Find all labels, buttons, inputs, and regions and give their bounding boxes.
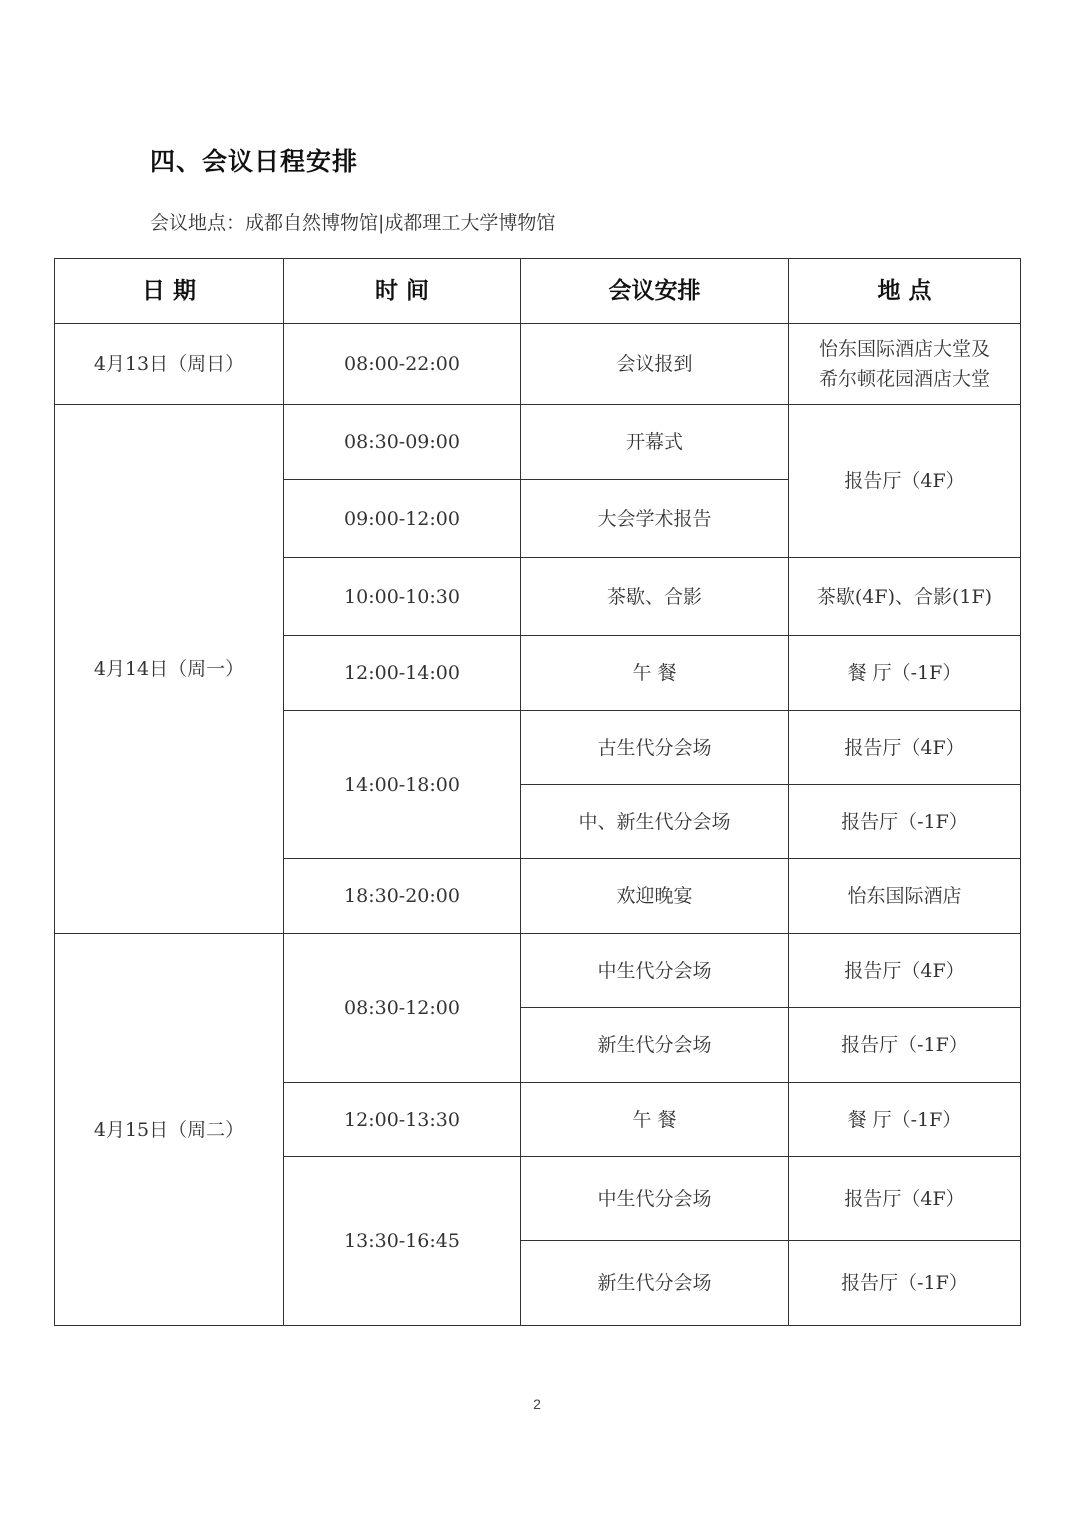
time-cell: 13:30-16:45 xyxy=(283,1156,521,1326)
location-cell: 茶歇(4F)、合影(1F) xyxy=(788,557,1021,636)
event-cell: 新生代分会场 xyxy=(520,1240,789,1326)
event-cell: 大会学术报告 xyxy=(520,479,789,558)
location-cell: 餐 厅（-1F） xyxy=(788,635,1021,711)
time-cell: 10:00-10:30 xyxy=(283,557,521,636)
event-cell: 中、新生代分会场 xyxy=(520,784,789,859)
location-cell: 怡东国际酒店大堂及 希尔顿花园酒店大堂 xyxy=(788,323,1021,405)
location-cell: 报告厅（4F） xyxy=(788,710,1021,785)
location-cell: 报告厅（-1F） xyxy=(788,1007,1021,1083)
page-number: 2 xyxy=(0,1396,1074,1412)
time-cell: 08:30-12:00 xyxy=(283,933,521,1083)
location-cell: 报告厅（-1F） xyxy=(788,1240,1021,1326)
event-cell: 午 餐 xyxy=(520,1082,789,1157)
time-cell: 08:00-22:00 xyxy=(283,323,521,405)
location-cell: 怡东国际酒店 xyxy=(788,858,1021,934)
event-cell: 中生代分会场 xyxy=(520,933,789,1008)
location-cell: 餐 厅（-1F） xyxy=(788,1082,1021,1157)
event-cell: 新生代分会场 xyxy=(520,1007,789,1083)
event-cell: 中生代分会场 xyxy=(520,1156,789,1241)
header-time: 时 间 xyxy=(283,258,521,324)
time-cell: 14:00-18:00 xyxy=(283,710,521,859)
location-cell: 报告厅（-1F） xyxy=(788,784,1021,859)
header-date: 日 期 xyxy=(54,258,284,324)
date-cell: 4月15日（周二） xyxy=(54,933,284,1326)
time-cell: 12:00-14:00 xyxy=(283,635,521,711)
event-cell: 茶歇、合影 xyxy=(520,557,789,636)
location-cell: 报告厅（4F） xyxy=(788,1156,1021,1241)
time-cell: 09:00-12:00 xyxy=(283,479,521,558)
date-cell: 4月13日（周日） xyxy=(54,323,284,405)
time-cell: 08:30-09:00 xyxy=(283,404,521,480)
date-cell: 4月14日（周一） xyxy=(54,404,284,934)
event-cell: 开幕式 xyxy=(520,404,789,480)
location-cell: 报告厅（4F） xyxy=(788,404,1021,558)
event-cell: 午 餐 xyxy=(520,635,789,711)
time-cell: 18:30-20:00 xyxy=(283,858,521,934)
header-location: 地 点 xyxy=(788,258,1021,324)
venue-line: 会议地点：成都自然博物馆|成都理工大学博物馆 xyxy=(150,208,555,235)
event-cell: 会议报到 xyxy=(520,323,789,405)
time-cell: 12:00-13:30 xyxy=(283,1082,521,1157)
section-title: 四、会议日程安排 xyxy=(150,142,358,178)
header-event: 会议安排 xyxy=(520,258,789,324)
event-cell: 古生代分会场 xyxy=(520,710,789,785)
event-cell: 欢迎晚宴 xyxy=(520,858,789,934)
location-cell: 报告厅（4F） xyxy=(788,933,1021,1008)
